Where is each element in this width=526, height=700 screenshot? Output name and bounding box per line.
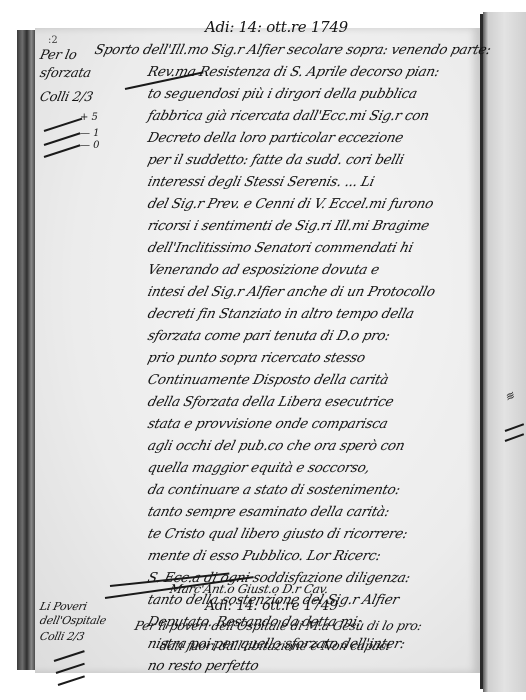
text-line: intesi del Sig.r Alfier anche di un Prot… (146, 284, 437, 300)
tally-value: — 0 (80, 140, 100, 151)
entry-2-date: Adi: 14: ott.re 1749 (205, 598, 338, 614)
text-line: sforzata come pari tenuta di D.o pro: (146, 328, 391, 344)
corner-mark: :2 (48, 35, 58, 46)
entry-1-margin-label-1: Per lo (38, 48, 78, 63)
text-line: decreti fin Stanziato in altro tempo del… (146, 306, 416, 322)
tally-value: — 1 (80, 128, 100, 139)
text-line: agli occhi del pub.co che ora sperò con (146, 438, 406, 454)
book-spine (17, 30, 35, 670)
text-line: Per li poveri dell'Ospitale di M.a Gesù … (133, 618, 423, 633)
text-line: della Sforzata della Libera esecutrice (146, 394, 395, 410)
text-line: Sporto dell'Ill.mo Sig.r Alfier secolare… (93, 42, 492, 58)
text-line: dell'Inclitissimo Senatori commendati hi (146, 240, 415, 256)
text-line: te Cristo qual libero giusto di ricorrer… (146, 526, 409, 542)
tally-stroke (58, 675, 85, 686)
text-line: no resto perfetto (146, 658, 260, 674)
entry-2-margin-label-1: Li Poveri (39, 600, 88, 613)
entry-2-margin-coll: Colli 2/3 (39, 630, 86, 643)
entry-1-margin-coll: Colli 2/3 (38, 90, 94, 105)
text-line: interessi degli Stessi Serenis. ... Li (146, 174, 376, 190)
entry-1-date: Adi: 14: ott.re 1749 (205, 18, 348, 36)
text-line: stata e provvisione onde comparisca (146, 416, 389, 432)
text-line: Rev.ma Resistenza di S. Aprile decorso p… (146, 64, 441, 80)
adjacent-page (483, 12, 526, 692)
text-line: Continuamente Disposto della carità (146, 372, 390, 388)
text-line: per il suddetto: fatte da sudd. cori bel… (146, 152, 405, 168)
text-line: fabbrica già ricercata dall'Ecc.mi Sig.r… (146, 108, 431, 124)
text-line: Venerando ad esposizione dovuta e (146, 262, 381, 278)
text-line: da continuare a stato di sostenimento: (146, 482, 402, 498)
text-line: Decreto della loro particolar eccezione (146, 130, 405, 146)
text-line: mente di esso Pubblico. Lor Ricerc: (146, 548, 382, 564)
entry-1-margin-label-2: sforzata (38, 66, 92, 81)
tally-value: + 5 (80, 112, 98, 123)
text-line: quella maggior equità e soccorso, (146, 460, 372, 476)
text-line: del Sig.r Prev. e Cenni di V. Eccel.mi f… (146, 196, 435, 212)
text-line: to seguendosi più i dirgori della pubbli… (146, 86, 419, 102)
text-line: tanto sempre esaminato della carità: (146, 504, 391, 520)
text-line: dati fuori dall'abitazione e Non capaci (158, 638, 392, 653)
entry-2-margin-label-2: dell'Ospitale (39, 614, 108, 627)
text-line: prio punto sopra ricercato stesso (146, 350, 367, 366)
text-line: ricorsi i sentimenti de Sig.ri Ill.mi Br… (146, 218, 431, 234)
